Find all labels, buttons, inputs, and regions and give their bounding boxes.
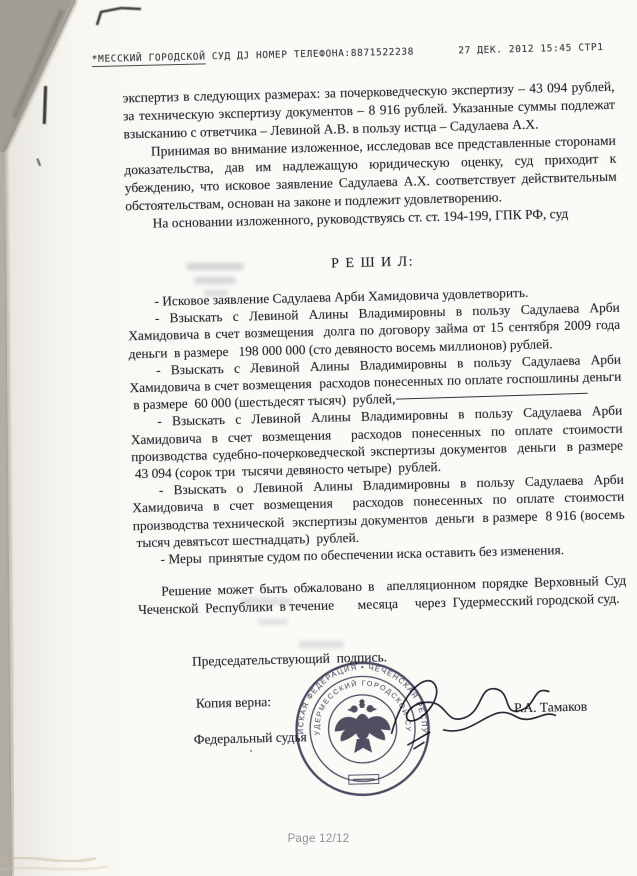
seal-number-box (349, 775, 379, 785)
fax-header-court-name: *МЕССКИЙ ГОРОДСКОЙ (92, 51, 206, 67)
fax-header: *МЕССКИЙ ГОРОДСКОЙ СУД ДJ НОМЕР ТЕЛЕФОНА… (92, 42, 604, 65)
pen-strike-line (395, 389, 587, 400)
decree-item: - Взыскать с Левиной Алины Владимировны … (130, 402, 623, 482)
intro-section: экспертиз в следующих размерах: за почер… (122, 78, 617, 234)
scanned-court-document: *МЕССКИЙ ГОРОДСКОЙ СУД ДJ НОМЕР ТЕЛЕФОНА… (0, 0, 637, 876)
fax-header-court-line: *МЕССКИЙ ГОРОДСКОЙ СУД ДJ НОМЕР ТЕЛЕФОНА… (92, 46, 414, 65)
fax-header-phone: СУД ДJ НОМЕР ТЕЛЕФОНА:8871522238 (205, 46, 414, 62)
copy-certified-line: Копия верна: (196, 694, 271, 712)
fax-header-datetime: 27 ДЕК. 2012 15:45 СТР1 (458, 42, 604, 56)
intro-paragraph: Принимая во внимание изложенное, исследо… (124, 132, 618, 216)
appeal-section: Решение может быть обжаловано в апелляци… (134, 572, 627, 620)
appeal-paragraph: Решение может быть обжаловано в апелляци… (134, 572, 627, 620)
federal-judge-line: Федеральный судья (194, 729, 307, 748)
decree-item: - Взыскать о Левиной Алины Владимировны … (132, 471, 625, 551)
decrees-section: - Исковое заявление Садулаева Арби Хамид… (127, 282, 625, 569)
page-footer: Page 12/12 (0, 833, 637, 845)
judge-signature (382, 657, 569, 761)
resolution-heading: Р Е Ш И Л: (127, 250, 619, 278)
